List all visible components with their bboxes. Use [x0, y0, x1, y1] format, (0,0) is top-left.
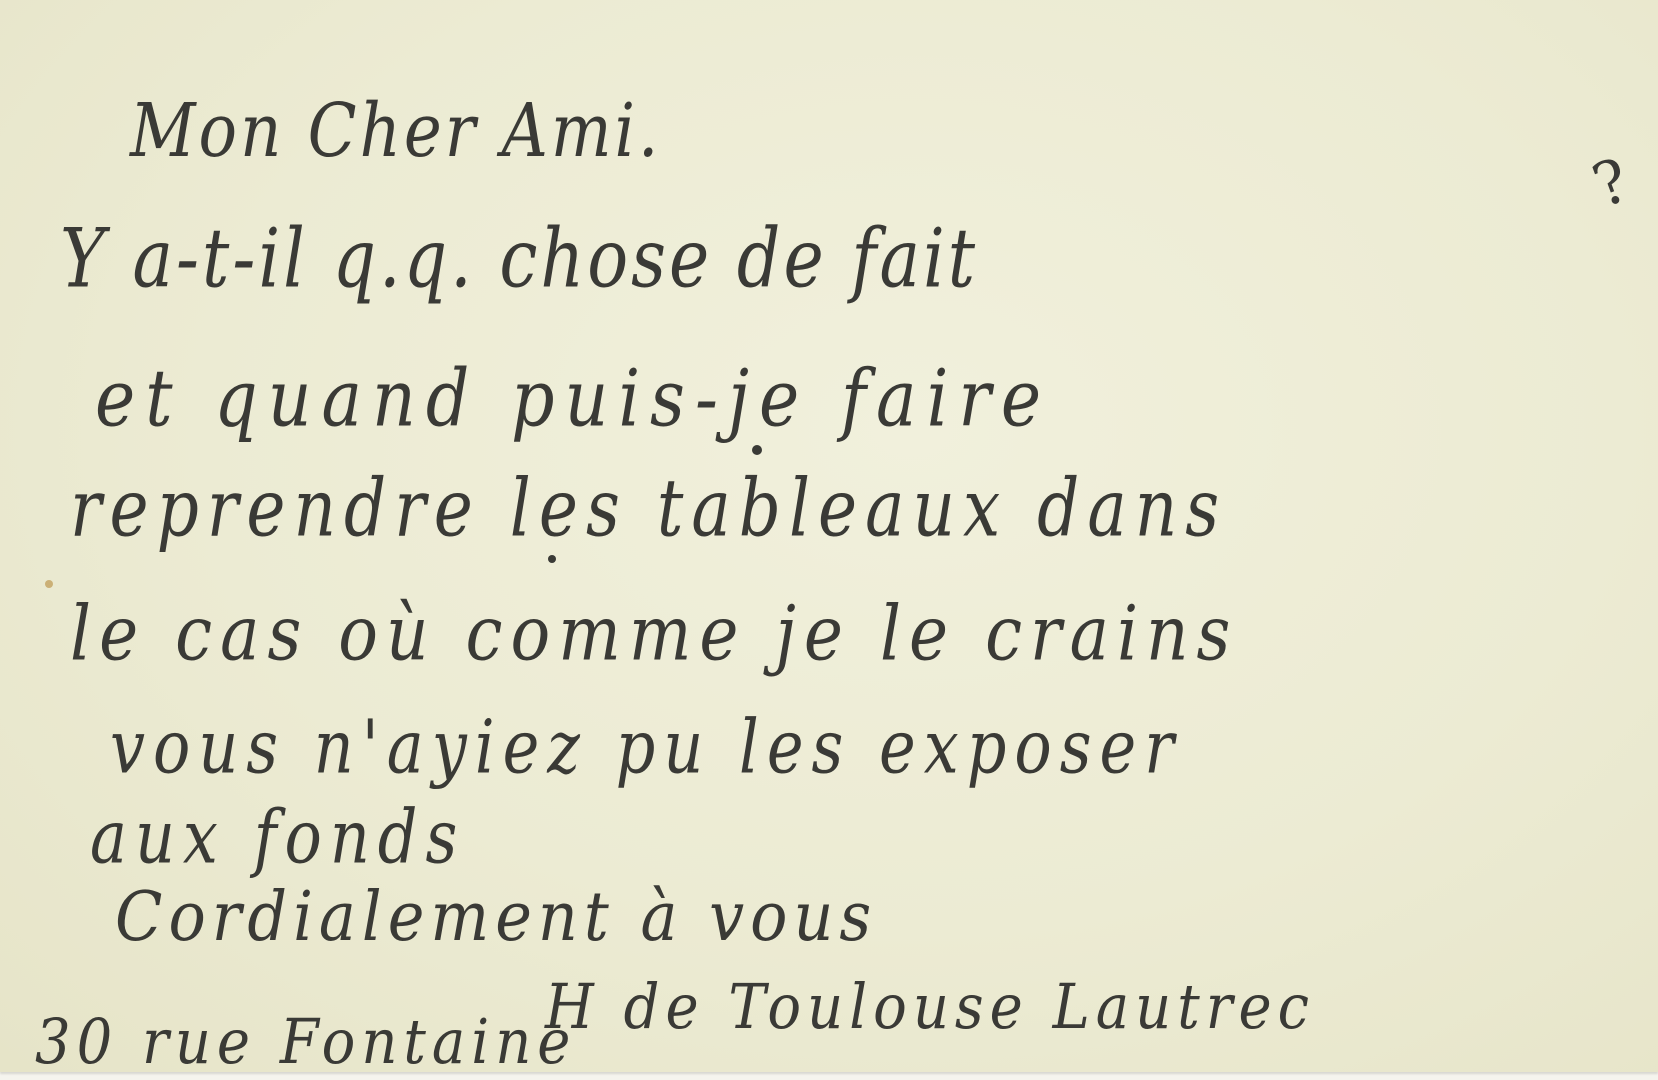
address: 30 rue Fontaine	[35, 1007, 576, 1079]
body-line-4: le cas où comme je le crains	[70, 589, 1238, 678]
marginal-question-mark: ?	[1584, 144, 1641, 222]
note-card: Mon Cher Ami. Y a-t-il q.q. chose de fai…	[0, 0, 1658, 1072]
ink-blot	[752, 445, 762, 455]
salutation: Mon Cher Ami.	[130, 89, 661, 174]
body-line-2: et quand puis-je faire	[95, 354, 1051, 445]
body-line-6: aux fonds	[90, 793, 465, 881]
body-line-3: reprendre les tableaux dans	[70, 462, 1227, 554]
body-line-5: vous n'ayiez pu les exposer	[110, 703, 1182, 791]
ink-blot	[548, 555, 556, 563]
body-line-1: Y a-t-il q.q. chose de fait	[60, 212, 978, 307]
signature: H de Toulouse Lautrec	[545, 972, 1315, 1044]
paper-stain	[45, 580, 53, 588]
closing: Cordialement à vous	[115, 876, 877, 956]
